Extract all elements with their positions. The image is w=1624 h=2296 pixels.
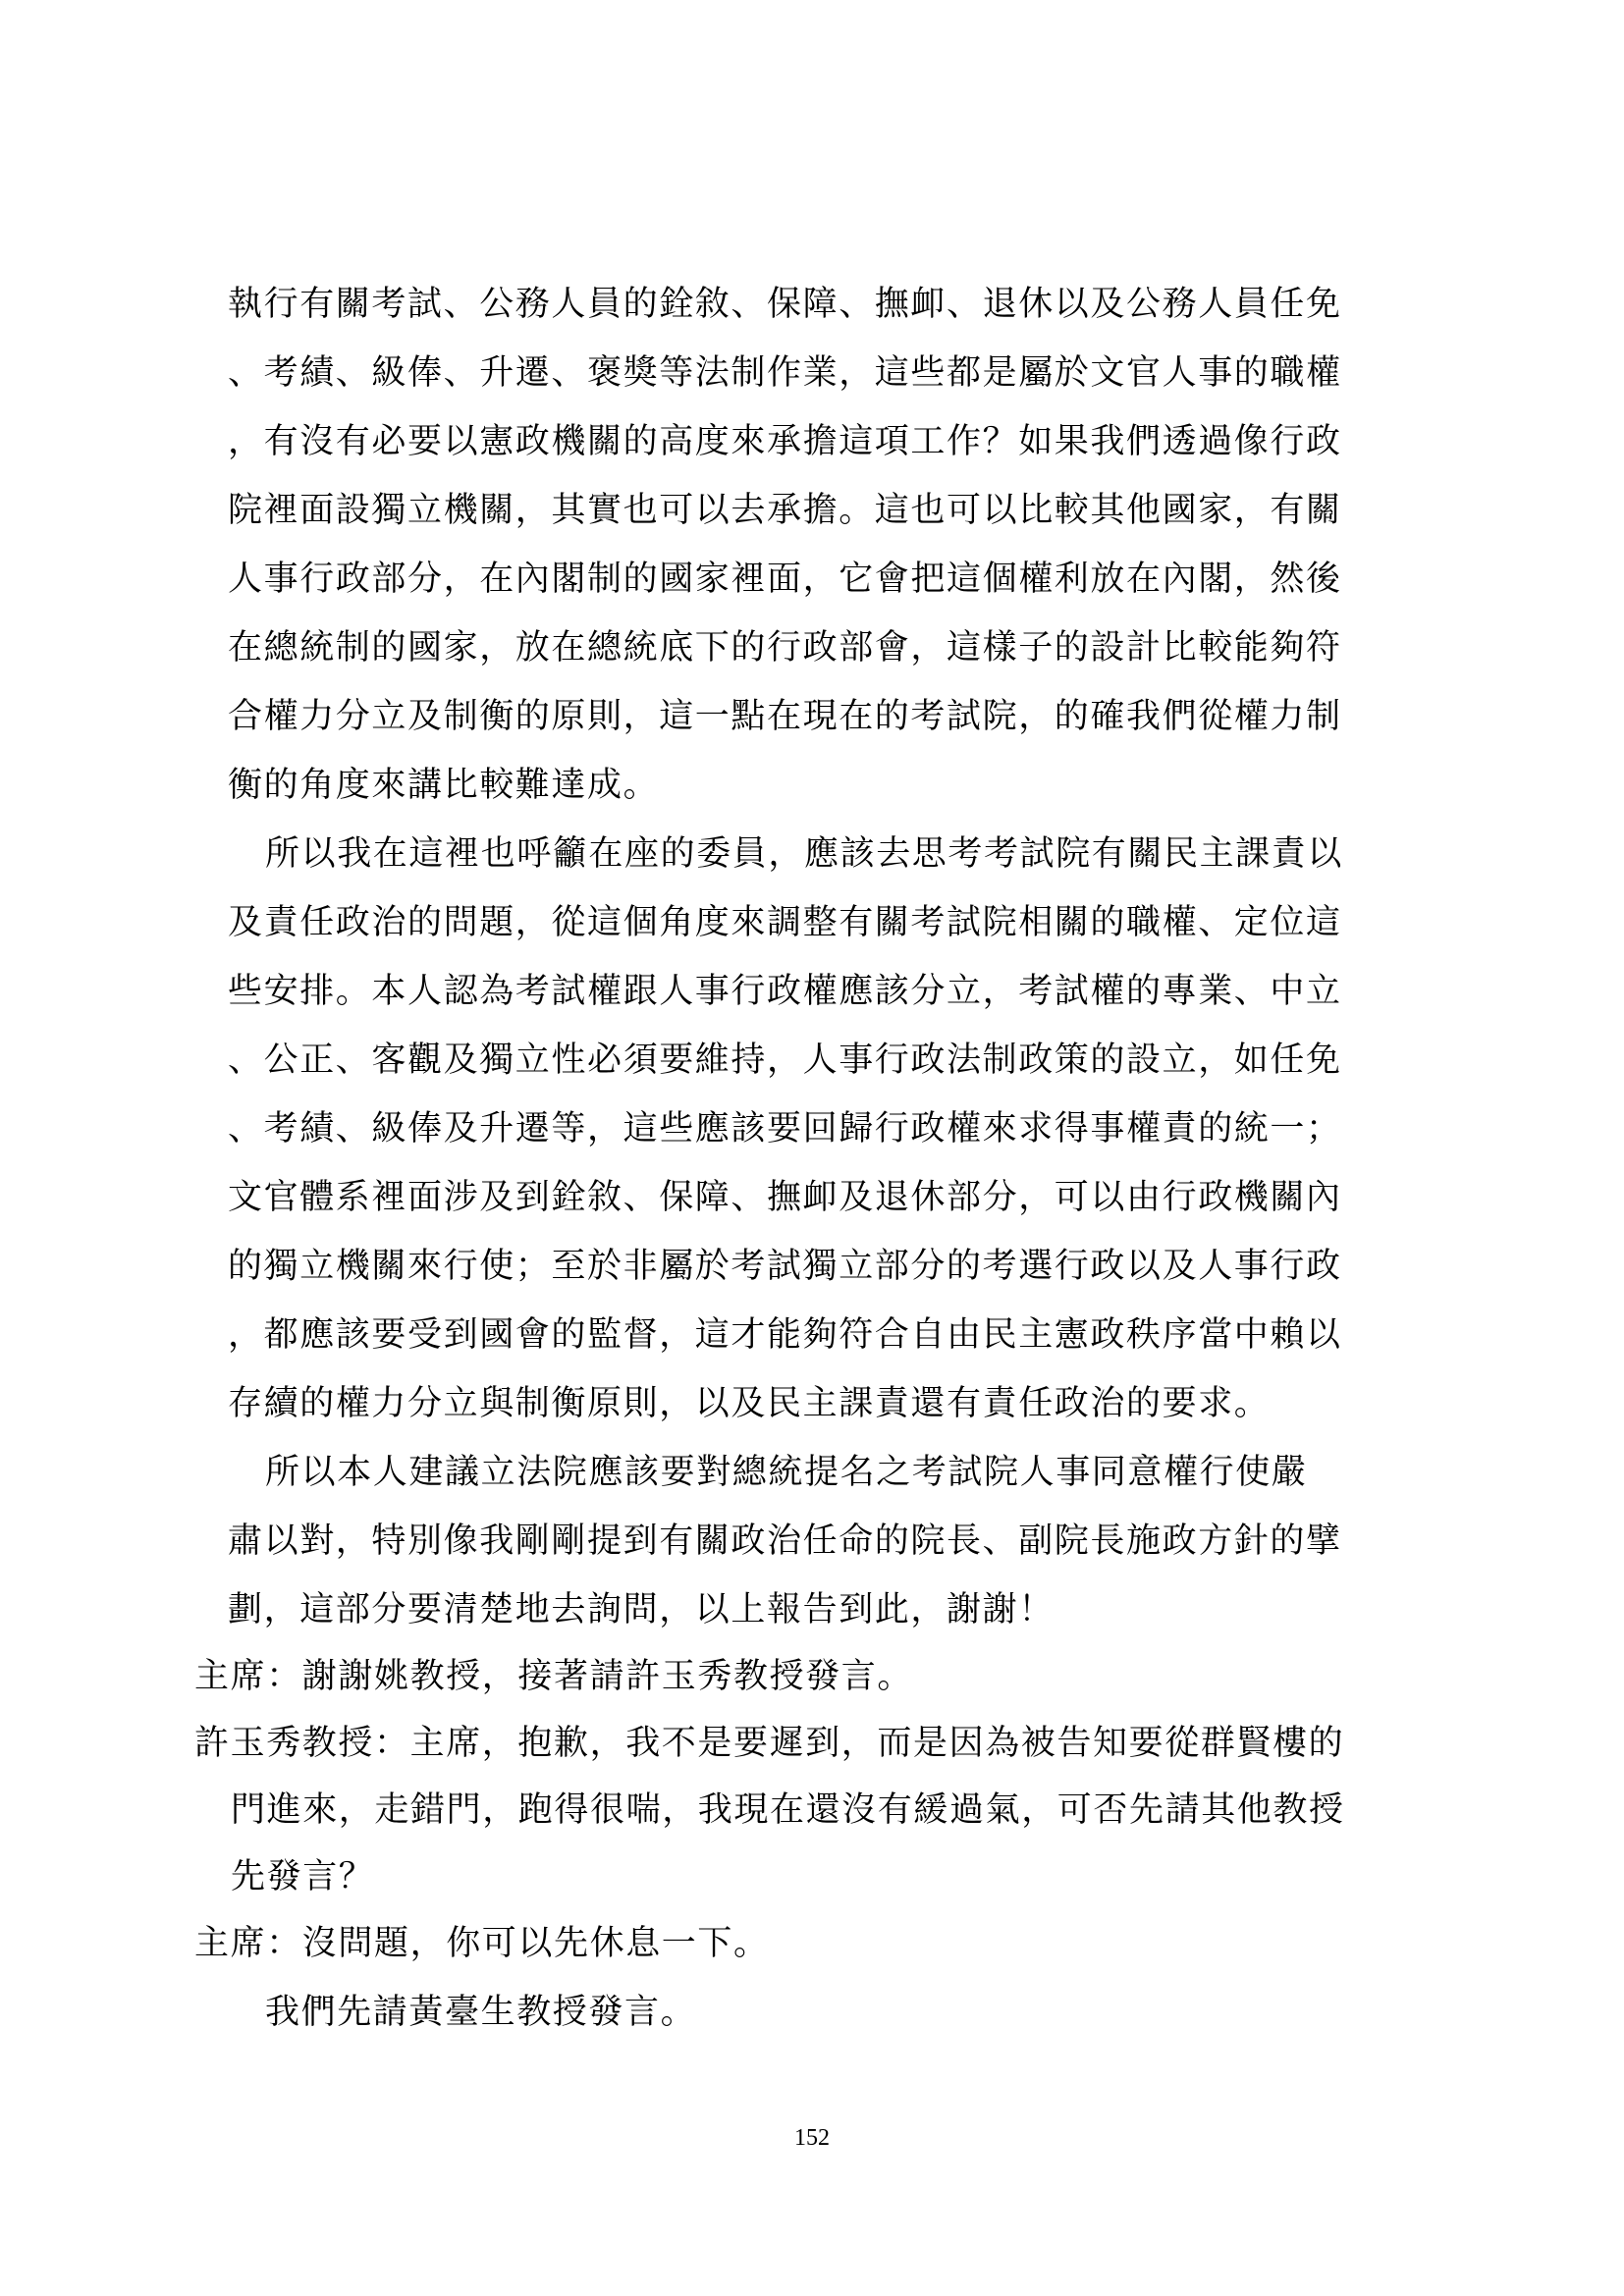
text-line: 門進來，走錯門，跑得很喘，我現在還沒有緩過氣，可否先請其他教授 <box>231 1790 1345 1830</box>
text-line: 及責任政治的問題，從這個角度來調整有關考試院相關的職權、定位這 <box>228 903 1342 942</box>
text-line: 的獨立機關來行使；至於非屬於考試獨立部分的考選行政以及人事行政 <box>228 1247 1342 1286</box>
text-line: 存續的權力分立與制衡原則，以及民主課責還有責任政治的要求。 <box>228 1384 1270 1423</box>
text-line: 肅以對，特別像我剛剛提到有關政治任命的院長、副院長施政方針的擘 <box>228 1522 1342 1561</box>
text-line: 、考績、級俸、升遷、褒獎等法制作業，這些都是屬於文官人事的職權 <box>228 353 1342 393</box>
text-line: 劃，這部分要清楚地去詢問，以上報告到此，謝謝！ <box>228 1590 1055 1629</box>
document-page: 執行有關考試、公務人員的銓敘、保障、撫卹、退休以及公務人員任免 、考績、級俸、升… <box>0 0 1624 2296</box>
text-line: 執行有關考試、公務人員的銓敘、保障、撫卹、退休以及公務人員任免 <box>228 285 1342 324</box>
text-line: ，都應該要受到國會的監督，這才能夠符合自由民主憲政秩序當中賴以 <box>228 1315 1342 1355</box>
speaker-hsu-line: 許玉秀教授：主席，抱歉，我不是要遲到，而是因為被告知要從群賢樓的 <box>194 1724 1344 1763</box>
text-line: 、考績、級俸及升遷等，這些應該要回歸行政權來求得事權責的統一； <box>228 1109 1342 1148</box>
text-line: 文官體系裡面涉及到銓敘、保障、撫卹及退休部分，可以由行政機關內 <box>228 1178 1342 1217</box>
text-line: 人事行政部分，在內閣制的國家裡面，它會把這個權利放在內閣，然後 <box>228 560 1342 599</box>
text-line: 先發言？ <box>231 1857 374 1896</box>
speaker-chair-line: 主席：謝謝姚教授，接著請許玉秀教授發言。 <box>194 1657 913 1696</box>
speaker-chair-line: 主席：沒問題，你可以先休息一下。 <box>194 1924 770 1963</box>
text-line: ，有沒有必要以憲政機關的高度來承擔這項工作？如果我們透過像行政 <box>228 422 1342 461</box>
text-line: 衡的角度來講比較難達成。 <box>228 766 659 805</box>
text-line: 我們先請黃臺生教授發言。 <box>265 1993 696 2032</box>
text-line: 些安排。本人認為考試權跟人事行政權應該分立，考試權的專業、中立 <box>228 972 1342 1011</box>
text-line: 在總統制的國家，放在總統底下的行政部會，這樣子的設計比較能夠符 <box>228 628 1342 667</box>
text-line: 院裡面設獨立機關，其實也可以去承擔。這也可以比較其他國家，有關 <box>228 491 1342 530</box>
paragraph-start: 所以我在這裡也呼籲在座的委員，應該去思考考試院有關民主課責以 <box>265 834 1343 874</box>
page-number: 152 <box>0 2125 1624 2152</box>
text-line: 合權力分立及制衡的原則，這一點在現在的考試院，的確我們從權力制 <box>228 697 1342 736</box>
text-line: 、公正、客觀及獨立性必須要維持，人事行政法制政策的設立，如任免 <box>228 1041 1342 1080</box>
paragraph-start: 所以本人建議立法院應該要對總統提名之考試院人事同意權行使嚴 <box>265 1453 1307 1492</box>
